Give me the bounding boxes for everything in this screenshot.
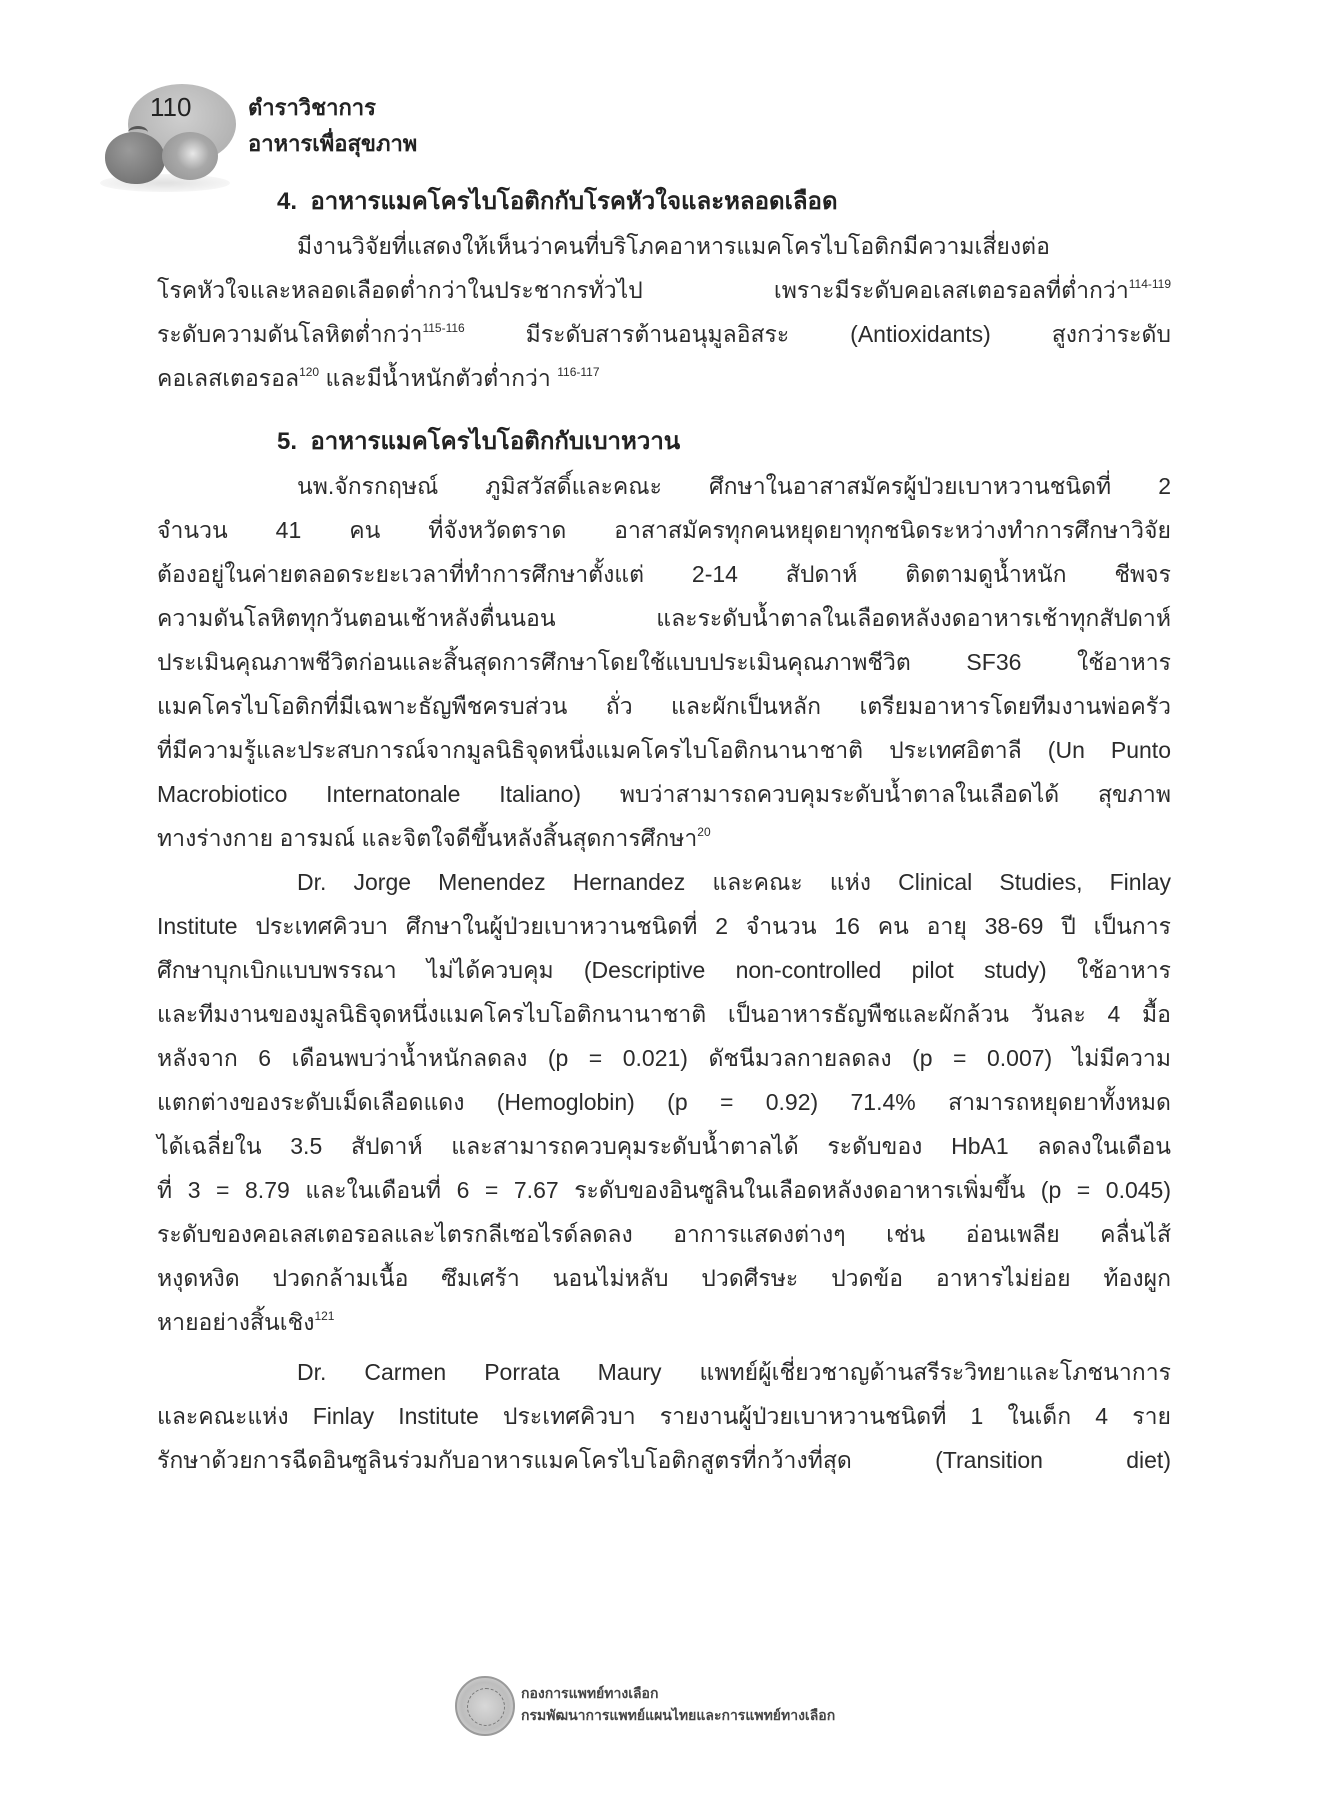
text-line: หายอย่างสิ้นเชิง121 bbox=[157, 1300, 1171, 1344]
book-title-line2: อาหารเพื่อสุขภาพ bbox=[248, 126, 417, 162]
line-text: ประเมินคุณภาพชีวิตก่อนและสิ้นสุดการศึกษา… bbox=[157, 649, 1171, 675]
line-text: จำนวน 41 คน ที่จังหวัดตราด อาสาสมัครทุกค… bbox=[157, 517, 1171, 543]
text-line: ประเมินคุณภาพชีวิตก่อนและสิ้นสุดการศึกษา… bbox=[157, 640, 1171, 684]
text-line: ต้องอยู่ในค่ายตลอดระยะเวลาที่ทำการศึกษาต… bbox=[157, 552, 1171, 596]
tomato-icon bbox=[105, 132, 165, 184]
cut-tomato-icon bbox=[162, 132, 218, 180]
text-line: ศึกษาบุกเบิกแบบพรรณา ไม่ได้ควบคุม (Descr… bbox=[157, 948, 1171, 992]
line-text: Institute ประเทศคิวบา ศึกษาในผู้ป่วยเบาห… bbox=[157, 913, 1171, 939]
line-text: ความดันโลหิตทุกวันตอนเช้าหลังตื่นนอน และ… bbox=[157, 605, 1171, 631]
text-line: แตกต่างของระดับเม็ดเลือดแดง (Hemoglobin)… bbox=[157, 1080, 1171, 1124]
text-line: ระดับของคอเลสเตอรอลและไตรกลีเซอไรด์ลดลง … bbox=[157, 1212, 1171, 1256]
tomato-stem-icon bbox=[128, 126, 148, 139]
section-5-heading: 5. อาหารแมคโครไบโอติกกับเบาหวาน bbox=[277, 420, 680, 464]
text-line: ที่ 3 = 8.79 และในเดือนที่ 6 = 7.67 ระดั… bbox=[157, 1168, 1171, 1212]
text-line: Dr. Jorge Menendez Hernandez และคณะ แห่ง… bbox=[297, 860, 1171, 904]
citation: 116-117 bbox=[557, 365, 599, 379]
text-line: Institute ประเทศคิวบา ศึกษาในผู้ป่วยเบาห… bbox=[157, 904, 1171, 948]
text-line: ระดับความดันโลหิตต่ำกว่า115-116 มีระดับส… bbox=[157, 312, 1171, 356]
tomato-illustration-icon: 110 bbox=[100, 62, 250, 192]
book-title-line1: ตำราวิชาการ bbox=[248, 90, 417, 126]
text-line: หลังจาก 6 เดือนพบว่าน้ำหนักลดลง (p = 0.0… bbox=[157, 1036, 1171, 1080]
page-footer: กองการแพทย์ทางเลือก กรมพัฒนาการแพทย์แผนไ… bbox=[455, 1676, 875, 1746]
line-text: มีงานวิจัยที่แสดงให้เห็นว่าคนที่บริโภคอา… bbox=[297, 233, 1050, 259]
text-line: และทีมงานของมูลนิธิจุดหนึ่งแมคโครไบโอติก… bbox=[157, 992, 1171, 1036]
book-title: ตำราวิชาการ อาหารเพื่อสุขภาพ bbox=[248, 90, 417, 162]
text-line: และคณะแห่ง Finlay Institute ประเทศคิวบา … bbox=[157, 1394, 1171, 1438]
line-text: ที่ 3 = 8.79 และในเดือนที่ 6 = 7.67 ระดั… bbox=[157, 1177, 1171, 1203]
section-4-heading: 4. อาหารแมคโครไบโอติกกับโรคหัวใจและหลอดเ… bbox=[277, 180, 838, 224]
text-line: คอเลสเตอรอล120 และมีน้ำหนักตัวต่ำกว่า 11… bbox=[157, 356, 1171, 400]
text-line: โรคหัวใจและหลอดเลือดต่ำกว่าในประชากรทั่ว… bbox=[157, 268, 1171, 312]
footer-organization: กองการแพทย์ทางเลือก กรมพัฒนาการแพทย์แผนไ… bbox=[521, 1682, 835, 1726]
line-text: นพ.จักรกฤษณ์ ภูมิสวัสดิ์และคณะ ศึกษาในอา… bbox=[297, 473, 1171, 499]
text-line: รักษาด้วยการฉีดอินซูลินร่วมกับอาหารแมคโค… bbox=[157, 1438, 1171, 1482]
line-text: หลังจาก 6 เดือนพบว่าน้ำหนักลดลง (p = 0.0… bbox=[157, 1045, 1171, 1071]
department-seal-icon bbox=[455, 1676, 515, 1736]
text-line: นพ.จักรกฤษณ์ ภูมิสวัสดิ์และคณะ ศึกษาในอา… bbox=[297, 464, 1171, 508]
line-text: และคณะแห่ง Finlay Institute ประเทศคิวบา … bbox=[157, 1403, 1171, 1429]
citation: 20 bbox=[697, 825, 710, 839]
line-text: Macrobiotico Internatonale Italiano) พบว… bbox=[157, 781, 1171, 807]
line-text: ได้เฉลี่ยใน 3.5 สัปดาห์ และสามารถควบคุมร… bbox=[157, 1133, 1171, 1159]
footer-line1: กองการแพทย์ทางเลือก bbox=[521, 1682, 835, 1704]
text-line: หงุดหงิด ปวดกล้ามเนื้อ ซึมเศร้า นอนไม่หล… bbox=[157, 1256, 1171, 1300]
section-title: อาหารแมคโครไบโอติกกับเบาหวาน bbox=[310, 428, 680, 455]
line-text: แตกต่างของระดับเม็ดเลือดแดง (Hemoglobin)… bbox=[157, 1089, 1171, 1115]
line-text: หงุดหงิด ปวดกล้ามเนื้อ ซึมเศร้า นอนไม่หล… bbox=[157, 1265, 1171, 1291]
section-title: อาหารแมคโครไบโอติกกับโรคหัวใจและหลอดเลือ… bbox=[310, 188, 837, 215]
line-text: และทีมงานของมูลนิธิจุดหนึ่งแมคโครไบโอติก… bbox=[157, 1001, 1171, 1027]
text-line: Dr. Carmen Porrata Maury แพทย์ผู้เชี่ยวช… bbox=[297, 1350, 1171, 1394]
citation: 121 bbox=[314, 1309, 334, 1323]
section-number: 4. bbox=[277, 188, 297, 215]
line-text: ศึกษาบุกเบิกแบบพรรณา ไม่ได้ควบคุม (Descr… bbox=[157, 957, 1171, 983]
line-text: ระดับของคอเลสเตอรอลและไตรกลีเซอไรด์ลดลง … bbox=[157, 1221, 1171, 1247]
text-line: ความดันโลหิตทุกวันตอนเช้าหลังตื่นนอน และ… bbox=[157, 596, 1171, 640]
line-text: หายอย่างสิ้นเชิง bbox=[157, 1309, 314, 1335]
line-text: ระดับความดันโลหิตต่ำกว่า bbox=[157, 321, 422, 347]
page-header: 110 ตำราวิชาการ อาหารเพื่อสุขภาพ bbox=[100, 62, 520, 192]
line-text: โรคหัวใจและหลอดเลือดต่ำกว่าในประชากรทั่ว… bbox=[157, 277, 1129, 303]
citation: 120 bbox=[299, 365, 319, 379]
line-text: รักษาด้วยการฉีดอินซูลินร่วมกับอาหารแมคโค… bbox=[157, 1447, 1171, 1473]
citation: 115-116 bbox=[422, 321, 464, 335]
line-text: ที่มีความรู้และประสบการณ์จากมูลนิธิจุดหน… bbox=[157, 737, 1171, 763]
line-text: และมีน้ำหนักตัวต่ำกว่า bbox=[319, 365, 557, 391]
line-text: แมคโครไบโอติกที่มีเฉพาะธัญพืชครบส่วน ถั่… bbox=[157, 693, 1171, 719]
line-text: มีระดับสารต้านอนุมูลอิสระ (Antioxidants)… bbox=[465, 321, 1171, 347]
line-text: Dr. Carmen Porrata Maury แพทย์ผู้เชี่ยวช… bbox=[297, 1359, 1171, 1385]
line-text: คอเลสเตอรอล bbox=[157, 365, 299, 391]
text-line: จำนวน 41 คน ที่จังหวัดตราด อาสาสมัครทุกค… bbox=[157, 508, 1171, 552]
text-line: แมคโครไบโอติกที่มีเฉพาะธัญพืชครบส่วน ถั่… bbox=[157, 684, 1171, 728]
page-number: 110 bbox=[150, 92, 191, 123]
text-line: Macrobiotico Internatonale Italiano) พบว… bbox=[157, 772, 1171, 816]
footer-line2: กรมพัฒนาการแพทย์แผนไทยและการแพทย์ทางเลือ… bbox=[521, 1704, 835, 1726]
line-text: ต้องอยู่ในค่ายตลอดระยะเวลาที่ทำการศึกษาต… bbox=[157, 561, 1171, 587]
line-text: Dr. Jorge Menendez Hernandez และคณะ แห่ง… bbox=[297, 869, 1171, 895]
line-text: ทางร่างกาย อารมณ์ และจิตใจดีขึ้นหลังสิ้น… bbox=[157, 825, 697, 851]
text-line: ทางร่างกาย อารมณ์ และจิตใจดีขึ้นหลังสิ้น… bbox=[157, 816, 1171, 860]
seal-inner-ring bbox=[467, 1688, 505, 1726]
text-line: มีงานวิจัยที่แสดงให้เห็นว่าคนที่บริโภคอา… bbox=[297, 224, 1171, 268]
citation: 114-119 bbox=[1129, 277, 1171, 291]
text-line: ที่มีความรู้และประสบการณ์จากมูลนิธิจุดหน… bbox=[157, 728, 1171, 772]
section-number: 5. bbox=[277, 428, 297, 455]
text-line: ได้เฉลี่ยใน 3.5 สัปดาห์ และสามารถควบคุมร… bbox=[157, 1124, 1171, 1168]
